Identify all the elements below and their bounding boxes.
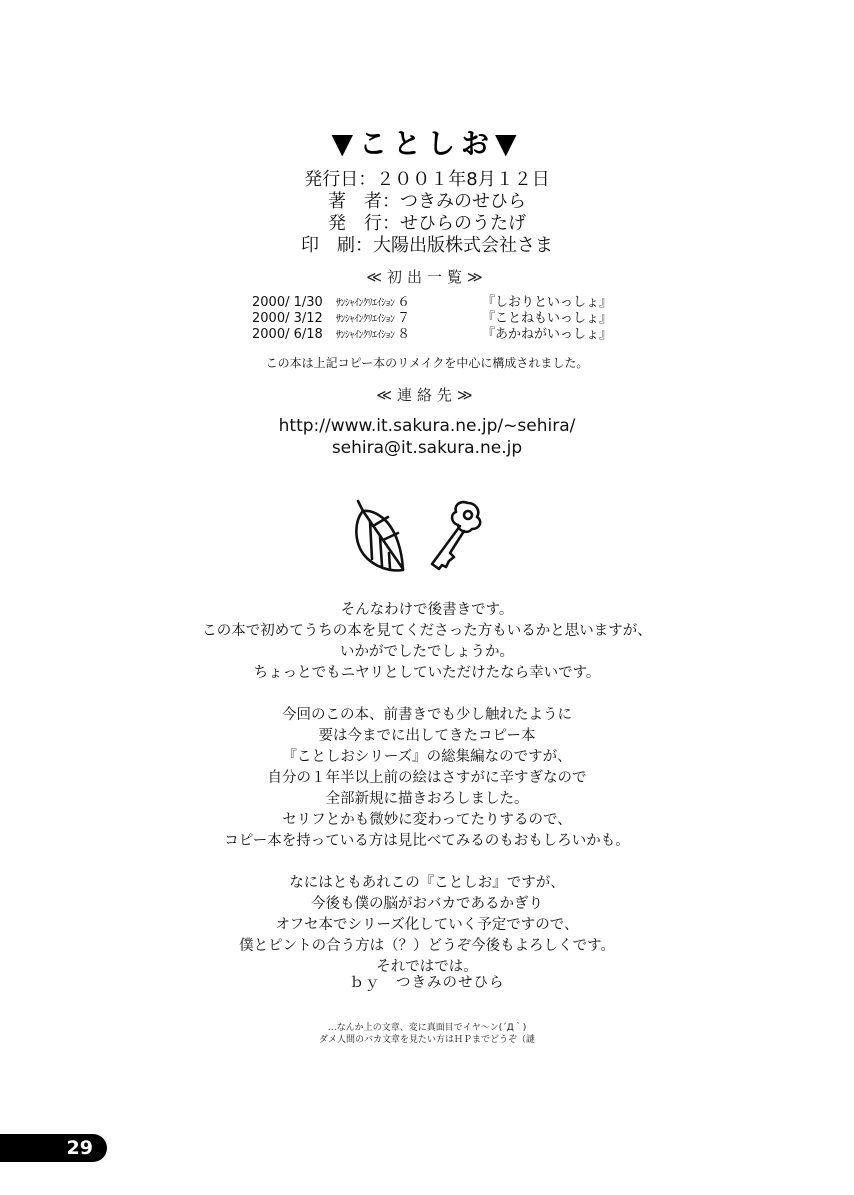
entry-event: ｻﾝｼｬｲﾝｸﾘｴｲｼｮﾝ ８ xyxy=(336,327,482,343)
afterword-paragraph: そんなわけで後書きです。 この本で初めてうちの本を見てくださった方もいるかと思い… xyxy=(0,600,854,684)
illustration xyxy=(350,495,490,580)
afterword-paragraph: 今回のこの本、前書きでも少し触れたように 要は今までに出してきたコピー本 『こと… xyxy=(0,705,854,852)
text-line: なにはともあれこの『ことしお』ですが、 xyxy=(0,873,854,894)
first-publication-heading: ≪初出一覧≫ xyxy=(0,266,854,287)
entry-date: 2000/ 6/18 xyxy=(252,327,336,343)
event-name: ｻﾝｼｬｲﾝｸﾘｴｲｼｮﾝ xyxy=(336,298,395,309)
afterword: そんなわけで後書きです。 この本で初めてうちの本を見てくださった方もいるかと思い… xyxy=(0,600,854,999)
text-line: 今回のこの本、前書きでも少し触れたように xyxy=(0,705,854,726)
event-number: ８ xyxy=(397,327,410,342)
footnote: …なんか上の文章、変に真面目でイヤ～ン(´Д｀) ダメ人間のバカ文章を見たい方は… xyxy=(0,1022,854,1046)
entry-title: 『あかねがいっしょ』 xyxy=(482,327,612,343)
text-line: 『ことしおシリーズ』の総集編なのですが、 xyxy=(0,747,854,768)
text-line: オフセ本でシリーズ化していく予定ですので、 xyxy=(0,915,854,936)
event-number: ６ xyxy=(397,295,410,310)
leaf-icon xyxy=(350,495,490,580)
text-line: そんなわけで後書きです。 xyxy=(0,600,854,621)
event-name: ｻﾝｼｬｲﾝｸﾘｴｲｼｮﾝ xyxy=(336,314,395,325)
author: 著 者：つきみのせひら xyxy=(0,191,854,213)
text-line: この本で初めてうちの本を見てくださった方もいるかと思いますが、 xyxy=(0,621,854,642)
list-item: 2000/ 3/12 ｻﾝｼｬｲﾝｸﾘｴｲｼｮﾝ ７ 『ことねもいっしょ』 xyxy=(252,311,612,327)
event-name: ｻﾝｼｬｲﾝｸﾘｴｲｼｮﾝ xyxy=(336,330,395,341)
text-line: 自分の１年半以上前の絵はさすがに辛すぎなので xyxy=(0,768,854,789)
remake-note: この本は上記コピー本のリメイクを中心に構成されました。 xyxy=(0,354,854,371)
list-item: 2000/ 1/30 ｻﾝｼｬｲﾝｸﾘｴｲｼｮﾝ ６ 『しおりといっしょ』 xyxy=(252,295,612,311)
text-line: コピー本を持っている方は見比べてみるのもおもしろいかも。 xyxy=(0,831,854,852)
text-line: いかがでしたでしょうか。 xyxy=(0,642,854,663)
entry-title: 『ことねもいっしょ』 xyxy=(482,311,612,327)
list-item: 2000/ 6/18 ｻﾝｼｬｲﾝｸﾘｴｲｼｮﾝ ８ 『あかねがいっしょ』 xyxy=(252,327,612,343)
contact-heading: ≪連絡先≫ xyxy=(0,384,854,405)
first-publication-list: 2000/ 1/30 ｻﾝｼｬｲﾝｸﾘｴｲｼｮﾝ ６ 『しおりといっしょ』 20… xyxy=(252,295,612,343)
entry-event: ｻﾝｼｬｲﾝｸﾘｴｲｼｮﾝ ７ xyxy=(336,311,482,327)
footnote-line: ダメ人間のバカ文章を見たい方はＨＰまでどうぞ（謎 xyxy=(0,1034,854,1046)
publisher: 発 行：せひらのうたげ xyxy=(0,213,854,235)
colophon: 発行日：２００１年8月１２日 著 者：つきみのせひら 発 行：せひらのうたげ 印… xyxy=(0,169,854,257)
printer: 印 刷：大陽出版株式会社さま xyxy=(0,235,854,257)
book-title: ▼ことしお▼ xyxy=(0,127,854,161)
event-number: ７ xyxy=(397,311,410,326)
entry-event: ｻﾝｼｬｲﾝｸﾘｴｲｼｮﾝ ６ xyxy=(336,295,482,311)
page-number: 29 xyxy=(67,1137,93,1159)
text-line: ちょっとでもニヤリとしていただけたなら幸いです。 xyxy=(0,663,854,684)
footnote-line: …なんか上の文章、変に真面目でイヤ～ン(´Д｀) xyxy=(0,1022,854,1034)
website-url[interactable]: http://www.it.sakura.ne.jp/~sehira/ xyxy=(0,415,854,437)
contact-info: http://www.it.sakura.ne.jp/~sehira/ sehi… xyxy=(0,415,854,459)
text-line: 要は今までに出してきたコピー本 xyxy=(0,726,854,747)
text-line: 僕とピントの合う方は（？）どうぞ今後もよろしくです。 xyxy=(0,936,854,957)
text-line: セリフとかも微妙に変わってたりするので、 xyxy=(0,810,854,831)
page-number-tab: 29 xyxy=(0,1134,107,1162)
entry-date: 2000/ 3/12 xyxy=(252,311,336,327)
email-address[interactable]: sehira@it.sakura.ne.jp xyxy=(0,437,854,459)
issue-date: 発行日：２００１年8月１２日 xyxy=(0,169,854,191)
entry-date: 2000/ 1/30 xyxy=(252,295,336,311)
afterword-paragraph: なにはともあれこの『ことしお』ですが、 今後も僕の脳がおバカであるかぎり オフセ… xyxy=(0,873,854,978)
entry-title: 『しおりといっしょ』 xyxy=(482,295,612,311)
text-line: 今後も僕の脳がおバカであるかぎり xyxy=(0,894,854,915)
text-line: 全部新規に描きおろしました。 xyxy=(0,789,854,810)
signature: ｂｙ つきみのせひら xyxy=(0,971,854,992)
